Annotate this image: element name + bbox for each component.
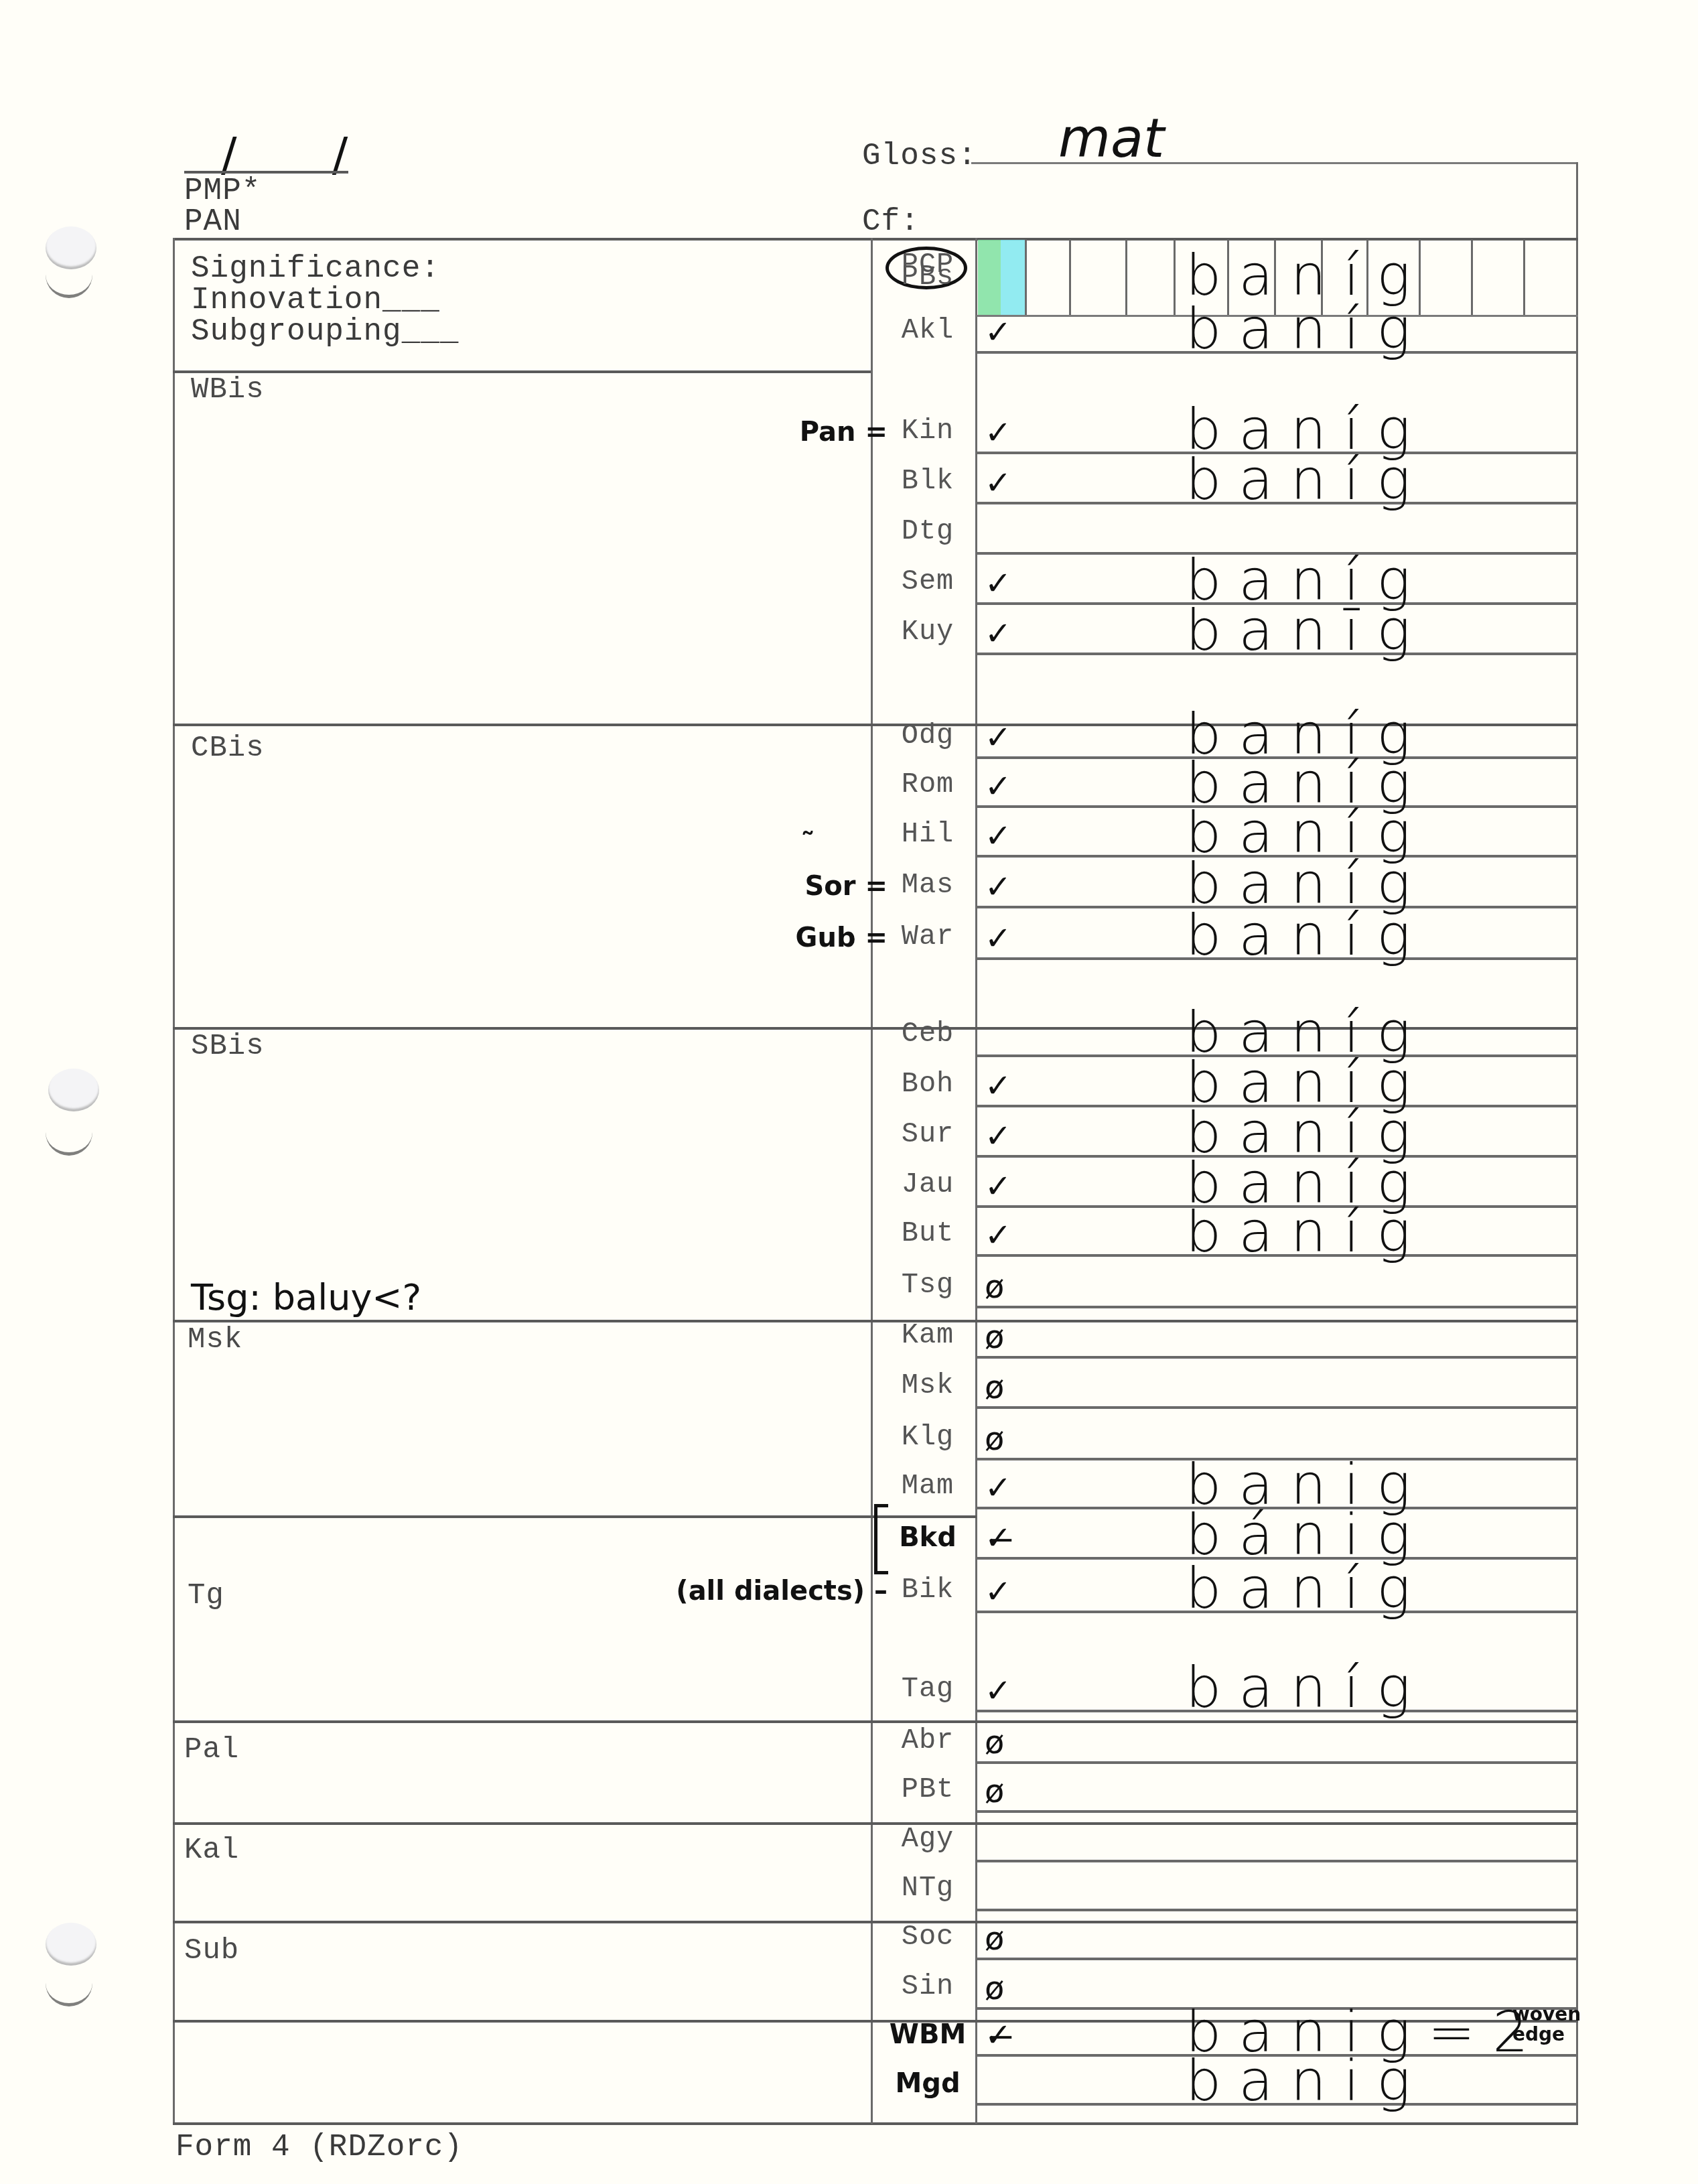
- check-mark-icon[interactable]: ✓: [985, 868, 1011, 906]
- significance-title: Significance:: [191, 253, 440, 284]
- row-annotation: Pan =: [800, 417, 888, 448]
- check-mark-icon[interactable]: ✓: [985, 1168, 1011, 1205]
- row-label-tag: Tag: [884, 1675, 971, 1703]
- hil-mark: ˜: [800, 827, 815, 862]
- section-sbis: SBis: [191, 1032, 265, 1061]
- row-label-kin: Kin: [884, 417, 971, 445]
- left-divider: [871, 238, 873, 2124]
- reflex-form[interactable]: baníg: [1186, 447, 1428, 513]
- reflex-form[interactable]: banīg: [1186, 598, 1428, 663]
- innovation-field[interactable]: Innovation___: [191, 285, 440, 316]
- box-divider: [1471, 240, 1473, 315]
- row-rule: [977, 1860, 1578, 1862]
- binder-hole: [46, 1923, 96, 1966]
- row-label-soc: Soc: [884, 1923, 971, 1951]
- row-label-sur: Sur: [884, 1120, 971, 1148]
- side-note: woven edge: [1512, 2004, 1573, 2045]
- binder-hole-shadow: [46, 1976, 92, 2006]
- binder-hole: [46, 226, 96, 269]
- check-mark-icon[interactable]: ✓: [985, 1217, 1011, 1254]
- row-label-mam: Mam: [884, 1472, 971, 1500]
- check-mark-icon[interactable]: ✓: [985, 414, 1011, 452]
- row-rule: [977, 1810, 1578, 1813]
- row-rule: [977, 1958, 1578, 1960]
- row-label-abr: Abr: [884, 1726, 971, 1755]
- binder-hole: [48, 1069, 99, 1111]
- row-label-tsg: Tsg: [884, 1271, 971, 1299]
- row-label-rom: Rom: [884, 770, 971, 799]
- section-cbis: CBis: [191, 734, 265, 763]
- row-label-klg: Klg: [884, 1423, 971, 1451]
- check-mark-icon[interactable]: ✓: [985, 615, 1011, 653]
- row-label-sin: Sin: [884, 1972, 971, 2000]
- section-divider: [173, 1921, 1578, 1923]
- row-label-kuy: Kuy: [884, 618, 971, 646]
- frame-right: [1576, 162, 1578, 2125]
- check-mark-icon[interactable]: ✓: [985, 1469, 1011, 1507]
- row-label-agy: Agy: [884, 1825, 971, 1853]
- reflex-form[interactable]: baníg: [1186, 296, 1428, 362]
- section-msk: Msk: [188, 1325, 242, 1355]
- check-mark-icon[interactable]: ✓: [985, 464, 1011, 502]
- reflex-form[interactable]: baníg: [1186, 1556, 1428, 1621]
- frame-left: [173, 238, 175, 2124]
- reflex-form[interactable]: baníg: [1186, 1199, 1428, 1265]
- binder-hole-shadow: [46, 268, 92, 298]
- check-mark-icon[interactable]: ✓̶: [985, 1519, 1011, 1557]
- section-wbis: WBis: [191, 375, 265, 405]
- row-label-dtg: Dtg: [884, 517, 971, 545]
- row-label-akl: Akl: [884, 316, 971, 344]
- tsg-note: Tsg: baluy<?: [191, 1276, 421, 1318]
- row-annotation: Sor =: [805, 871, 888, 902]
- gloss-underline: [971, 162, 1577, 164]
- null-mark-icon[interactable]: ø: [985, 1420, 1004, 1458]
- box-divider: [1025, 240, 1027, 315]
- row-label-kam: Kam: [884, 1321, 971, 1349]
- reflex-form[interactable]: baníg: [1186, 1655, 1428, 1720]
- null-mark-icon[interactable]: ø: [985, 1773, 1004, 1810]
- row-label-hil: Hil: [884, 820, 971, 848]
- row-label-pbt: PBt: [884, 1775, 971, 1803]
- null-mark-icon[interactable]: ø: [985, 1268, 1004, 1306]
- pan-label: PAN: [184, 206, 242, 237]
- row-annotation: (all dialects) –: [676, 1576, 888, 1607]
- box-divider: [1174, 240, 1176, 315]
- section-divider: [173, 1822, 1578, 1825]
- row-rule: [977, 1356, 1578, 1359]
- check-mark-icon[interactable]: ✓: [985, 1067, 1011, 1105]
- null-mark-icon[interactable]: ø: [985, 1970, 1004, 2007]
- null-mark-icon[interactable]: ø: [985, 1920, 1004, 1958]
- row-annotation: Gub =: [796, 923, 888, 953]
- frame-bottom: [173, 2122, 1578, 2125]
- box-divider: [1125, 240, 1127, 315]
- check-mark-icon[interactable]: ✓: [985, 1573, 1011, 1611]
- check-mark-icon[interactable]: ✓: [985, 314, 1011, 351]
- check-mark-icon[interactable]: ✓: [985, 817, 1011, 855]
- row-label-jau: Jau: [884, 1170, 971, 1199]
- null-mark-icon[interactable]: ø: [985, 1369, 1004, 1406]
- row-label-wbm: WBM: [884, 2019, 971, 2050]
- check-mark-icon[interactable]: ✓: [985, 565, 1011, 602]
- highlight-cyan: [1001, 240, 1025, 315]
- row-label-blk: Blk: [884, 467, 971, 495]
- row-label-boh: Boh: [884, 1070, 971, 1098]
- check-mark-icon[interactable]: ✓: [985, 1117, 1011, 1155]
- box-divider: [1069, 240, 1071, 315]
- row-label-bkd: Bkd: [884, 1522, 971, 1553]
- row-rule: [977, 1406, 1578, 1409]
- reflex-form[interactable]: baníg: [1186, 902, 1428, 968]
- null-mark-icon[interactable]: ø: [985, 1318, 1004, 1356]
- pmp-label: PMP*: [184, 176, 261, 206]
- gloss-label: Gloss:: [862, 141, 977, 172]
- row-rule: [977, 1761, 1578, 1764]
- null-mark-icon[interactable]: ø: [985, 1724, 1004, 1761]
- row-label-but: But: [884, 1219, 971, 1247]
- cf-label: Cf:: [862, 206, 920, 237]
- row-label-war: War: [884, 923, 971, 951]
- row-rule: [977, 1306, 1578, 1308]
- mam-bkd-bracket: [874, 1504, 888, 1574]
- section-tg: Tg: [188, 1581, 224, 1611]
- row-label-ceb: Ceb: [884, 1020, 971, 1048]
- check-mark-icon[interactable]: ✓: [985, 768, 1011, 805]
- section-divider: [173, 1720, 1578, 1723]
- subgrouping-field[interactable]: Subgrouping___: [191, 316, 459, 347]
- row-label-mgd: Mgd: [884, 2068, 971, 2099]
- reflex-form[interactable]: banig: [1186, 2048, 1428, 2114]
- check-mark-icon[interactable]: ✓: [985, 719, 1011, 756]
- check-mark-icon[interactable]: ✓̶: [985, 2017, 1011, 2054]
- section-divider: [173, 1515, 977, 1518]
- binder-hole-shadow: [46, 1125, 92, 1156]
- highlight-green: [978, 240, 1001, 315]
- row-label-sem: Sem: [884, 567, 971, 596]
- label-divider: [975, 238, 977, 2124]
- row-label-msk: Msk: [884, 1371, 971, 1400]
- row-label-pbs: PBs: [884, 263, 971, 291]
- box-divider: [1523, 240, 1525, 315]
- significance-bottom: [173, 370, 871, 373]
- section-sub: Sub: [184, 1936, 239, 1966]
- row-label-ntg: NTg: [884, 1874, 971, 1902]
- section-divider: [173, 1320, 1578, 1322]
- section-kal: Kal: [184, 1836, 239, 1865]
- check-mark-icon[interactable]: ✓: [985, 920, 1011, 957]
- row-label-mas: Mas: [884, 871, 971, 899]
- row-rule: [977, 1909, 1578, 1911]
- section-pal: Pal: [184, 1735, 239, 1765]
- form-footer: Form 4 (RDZorc): [175, 2132, 463, 2163]
- row-label-bik: Bik: [884, 1576, 971, 1604]
- gloss-value[interactable]: mat: [1058, 107, 1164, 169]
- check-mark-icon[interactable]: ✓: [985, 1672, 1011, 1710]
- row-label-odg: Odg: [884, 722, 971, 750]
